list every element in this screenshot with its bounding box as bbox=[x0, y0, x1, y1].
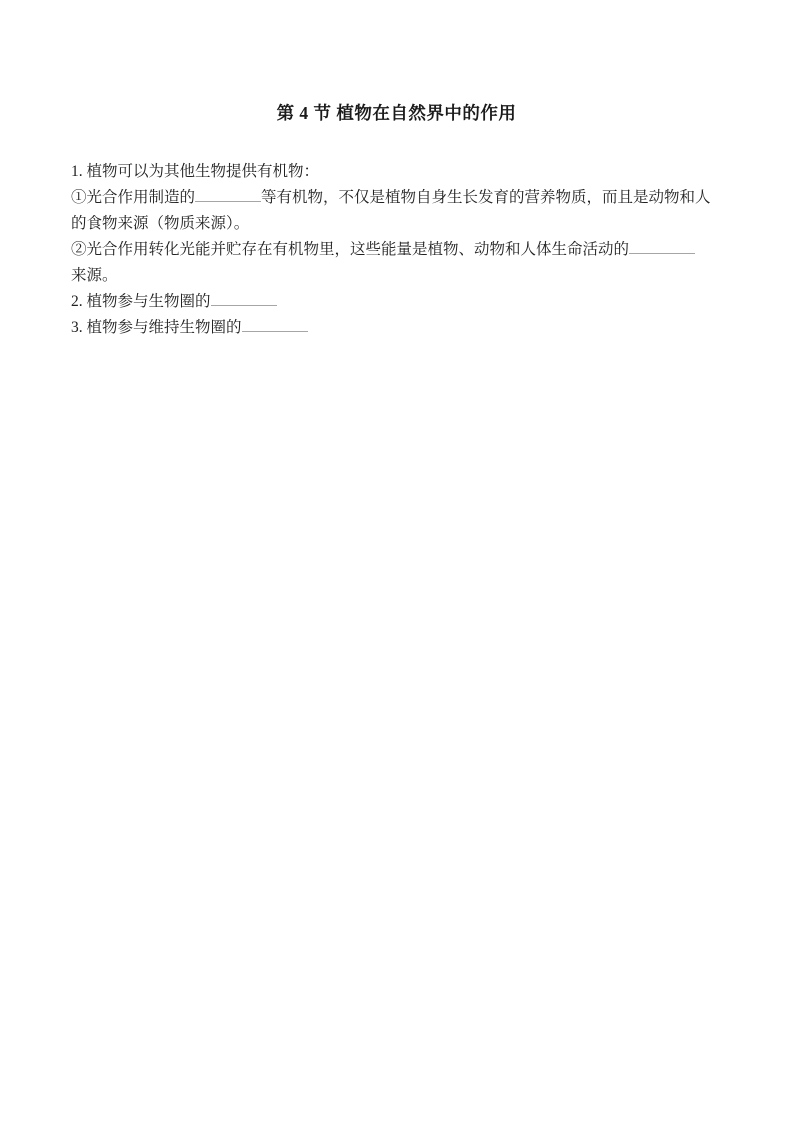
text-line-7: 3. 植物参与维持生物圈的 bbox=[71, 315, 713, 341]
document-body: 1. 植物可以为其他生物提供有机物： ①光合作用制造的等有机物，不仅是植物自身生… bbox=[71, 159, 713, 341]
text-segment: 2. 植物参与生物圈的 bbox=[71, 293, 211, 310]
answer-blank bbox=[629, 240, 695, 254]
document-page: 第 4 节 植物在自然界中的作用 1. 植物可以为其他生物提供有机物： ①光合作… bbox=[0, 0, 793, 1122]
document-title: 第 4 节 植物在自然界中的作用 bbox=[0, 0, 793, 124]
answer-blank bbox=[242, 318, 308, 332]
text-segment: ②光合作用转化光能并贮存在有机物里，这些能量是植物、动物和人体生命活动的 bbox=[71, 241, 629, 258]
text-segment: 来源。 bbox=[71, 267, 118, 284]
text-line-2: ①光合作用制造的等有机物，不仅是植物自身生长发育的营养物质，而且是动物和人 bbox=[71, 185, 713, 211]
text-segment: 的食物来源（物质来源）。 bbox=[71, 215, 249, 232]
text-line-5: 来源。 bbox=[71, 263, 713, 289]
text-segment: 3. 植物参与维持生物圈的 bbox=[71, 319, 242, 336]
text-segment: 等有机物，不仅是植物自身生长发育的营养物质，而且是动物和人 bbox=[261, 189, 711, 206]
text-line-4: ②光合作用转化光能并贮存在有机物里，这些能量是植物、动物和人体生命活动的 bbox=[71, 237, 713, 263]
text-segment: ①光合作用制造的 bbox=[71, 189, 195, 206]
text-line-6: 2. 植物参与生物圈的 bbox=[71, 289, 713, 315]
answer-blank bbox=[211, 292, 277, 306]
text-line-3: 的食物来源（物质来源）。 bbox=[71, 211, 713, 237]
text-segment: 1. 植物可以为其他生物提供有机物： bbox=[71, 163, 319, 180]
text-line-1: 1. 植物可以为其他生物提供有机物： bbox=[71, 159, 713, 185]
answer-blank bbox=[195, 188, 261, 202]
